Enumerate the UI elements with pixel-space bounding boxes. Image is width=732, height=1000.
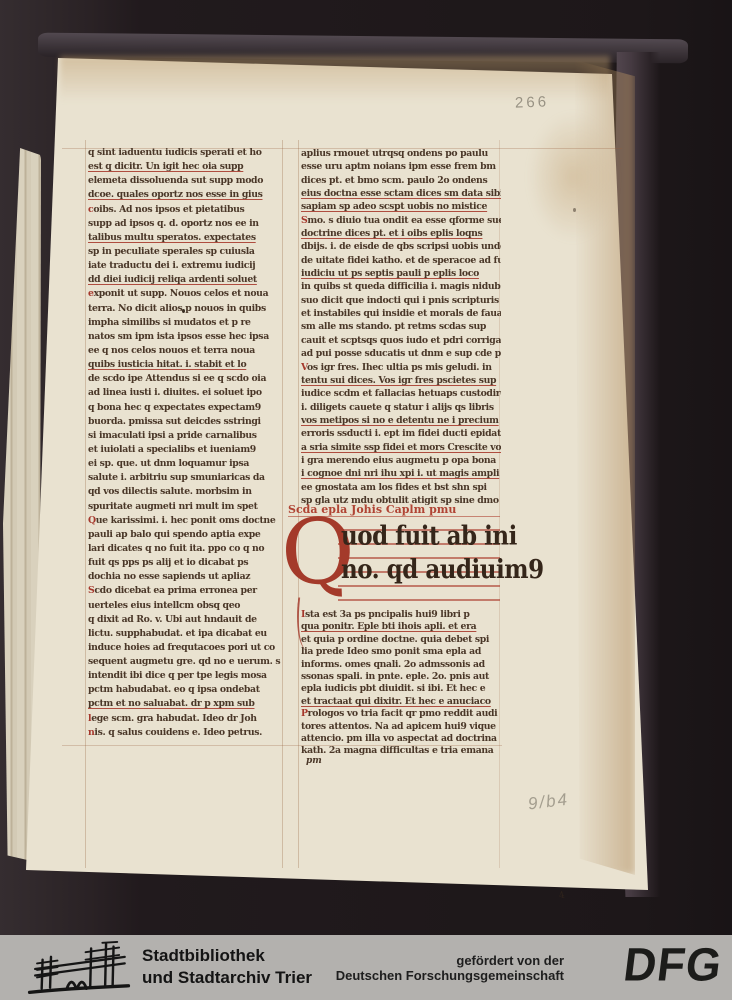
- manuscript-line: buorda. pmissa sut deicdes sstringi: [88, 415, 281, 429]
- manuscript-line: Scdo dicebat ea prima erronea per: [88, 584, 281, 598]
- manuscript-line: intendit ibi dice q per tpe legis mosa: [88, 669, 281, 683]
- manuscript-line: eius doctna esse sctam dices sm data sib…: [301, 187, 501, 200]
- funding-credit: gefördert von der Deutschen Forschungsge…: [336, 954, 564, 983]
- manuscript-line: tentu sui dices. Vos igr fres pscietes s…: [301, 374, 501, 387]
- manuscript-line: et tractaat qui dixitr. Et hec e anuciac…: [301, 696, 501, 708]
- manuscript-line: sapiam sp adeo scspt uobis no mistice: [301, 200, 501, 213]
- manuscript-line: ee q nos celos nouos et terra noua: [88, 344, 281, 358]
- ink-speck: [573, 208, 576, 212]
- library-name-line-1: Stadtbibliothek: [142, 945, 312, 967]
- manuscript-line: lia prede Ideo smo ponit sma epla ad: [301, 646, 501, 658]
- corner-ink-mark: 4: [558, 891, 566, 902]
- manuscript-line: i gra merendo eius augmetu p opa bona: [301, 454, 501, 467]
- manuscript-line: qua ponitr. Eple bti ihois apli. et era: [301, 621, 501, 633]
- manuscript-line: q bona hec q expectates expectam9: [88, 401, 281, 415]
- library-name-line-2: und Stadtarchiv Trier: [142, 967, 312, 989]
- manuscript-line: dcoe. quales oportz nos esse in gius: [88, 188, 281, 202]
- manuscript-line: exponit ut supp. Nouos celos et noua: [88, 287, 281, 301]
- manuscript-line: suo dicit que indocti qui i pnis scriptu…: [301, 294, 501, 307]
- manuscript-line: attencio. pm illa vo aspectat ad doctrin…: [301, 733, 501, 745]
- manuscript-line: lari dicates q no fuit ita. ppo co q no: [88, 542, 281, 556]
- manuscript-line: dices pt. et bmo scm. paulo 2o ondens: [301, 174, 501, 187]
- line-text: ue karissimi. i. hec ponit oms doctne: [96, 515, 276, 526]
- folio-number-pencil: 266: [515, 93, 550, 111]
- manuscript-line: elemeta dissoluenda sut supp modo: [88, 174, 281, 188]
- manuscript-line: quibs iusticia hitat. i. stabit et lo: [88, 358, 281, 372]
- line-text: rologos vo tria facit qr pmo reddit audi: [308, 708, 498, 719]
- line-text: mo. s diuio tua ondit ea esse qforme sue: [307, 215, 501, 226]
- text-column-right-lower: Ista est 3a ps pncipalis hui9 libri pqua…: [301, 609, 501, 758]
- manuscript-line: dd diei iudicij reliqa ardenti soluet: [88, 273, 281, 287]
- line-text: cdo dicebat ea prima erronea per: [94, 585, 256, 596]
- line-text: ege scm. gra habudat. Ideo dr Joh: [91, 713, 256, 724]
- manuscript-line: lictu. supphabudat. et ipa dicabat eu: [88, 627, 281, 641]
- incipit-heading: uod fuit ab ini no. qd audiuim9: [341, 520, 503, 586]
- red-initial-letter: Q: [88, 515, 96, 526]
- manuscript-line: de uitate fidei katho. et de speracoe ad…: [301, 254, 501, 267]
- line-text: sta est 3a ps pncipalis hui9 libri p: [305, 609, 470, 620]
- manuscript-line: nis. q salus couidens e. Ideo petrus.: [88, 726, 281, 740]
- incipit-line-2: no. qd audiuim9: [341, 553, 503, 586]
- manuscript-line: salute i. arbitriu sup smuniaricas da: [88, 471, 281, 485]
- text-column-right-upper: aplius rmouet utrqsq ondens po pauluesse…: [301, 147, 501, 507]
- incipit-line-1: uod fuit ab ini: [341, 520, 503, 553]
- manuscript-line: qd vos dilectis salute. morbsim in: [88, 485, 281, 499]
- manuscript-line: q sint iaduentu iudicis sperati et ho: [88, 146, 281, 160]
- manuscript-line: Que karissimi. i. hec ponit oms doctne: [88, 514, 281, 528]
- manuscript-line: ssonas spali. in pnte. eple. 2o. pnis au…: [301, 671, 501, 683]
- line-text: is. q salus couidens e. Ideo petrus.: [94, 727, 262, 738]
- manuscript-line: esse uru aptm noians ipm esse frem bm: [301, 160, 501, 173]
- manuscript-line: supp ad ipsos q. d. oportz nos ee in: [88, 217, 281, 231]
- line-text: oibs. Ad nos ipsos et pietatibus: [93, 204, 244, 215]
- manuscript-line: q dixit ad Ro. v. Ubi aut hndauit de: [88, 613, 281, 627]
- screenshot-root: 266 q sint iaduentu iudicis sperati et h…: [0, 0, 732, 1000]
- footer-banner: Stadtbibliothek und Stadtarchiv Trier ge…: [0, 935, 732, 1000]
- manuscript-line: epla iudicis pbt diuidit. si ibi. Et hec…: [301, 683, 501, 695]
- manuscript-line: induce hoies ad frequtacoes pori ut co: [88, 641, 281, 655]
- manuscript-line: coibs. Ad nos ipsos et pietatibus: [88, 203, 281, 217]
- manuscript-line: pauli ap balo qui spendo aptia expe: [88, 528, 281, 542]
- manuscript-line: iate traductu dei i. extremu iudicij: [88, 259, 281, 273]
- manuscript-line: et quia p ordine doctne. quia debet spi: [301, 634, 501, 646]
- manuscript-photo: 266 q sint iaduentu iudicis sperati et h…: [0, 0, 732, 935]
- manuscript-line: erroris ssducti i. ept im fidei ducti ep…: [301, 427, 501, 440]
- manuscript-line: i. diligets cauete q statur i alijs qs l…: [301, 401, 501, 414]
- manuscript-line: iudice scdm et fallacias hetuaps custodi…: [301, 387, 501, 400]
- manuscript-line: si imaculati ipsi a pride carnalibus: [88, 429, 281, 443]
- manuscript-line: Smo. s diuio tua ondit ea esse qforme su…: [301, 214, 501, 227]
- manuscript-line: Vos igr fres. Ihec ultia ps mis geludi. …: [301, 361, 501, 374]
- manuscript-line: et instabiles qui insidie et morals de f…: [301, 307, 501, 320]
- manuscript-line: de scdo ipe Attendus si ee q scdo oia: [88, 372, 281, 386]
- manuscript-line: cauit et scptsqs quos iudo et pdri corri…: [301, 334, 501, 347]
- manuscript-line: est q dicitr. Un igit hec oia supp: [88, 160, 281, 174]
- porta-nigra-logo-icon: [24, 941, 134, 997]
- manuscript-line: pctm et no saluabat. dr p xpm sub: [88, 697, 281, 711]
- funding-credit-line-2: Deutschen Forschungsgemeinschaft: [336, 969, 564, 984]
- dfg-logo: DFG: [621, 938, 726, 992]
- manuscript-line: ad pui posse sducatis ut dnm e sup cde p…: [301, 347, 501, 360]
- manuscript-line: ad linea iusti i. diuites. ei soluet ipo: [88, 386, 281, 400]
- manuscript-line: tores attentos. Na ad apicem hui9 vique: [301, 721, 501, 733]
- manuscript-line: dbijs. i. de eisde de qbs scripsi uobis …: [301, 240, 501, 253]
- manuscript-line: sp in peculiate sperales sp cuiusla: [88, 245, 281, 259]
- manuscript-line: dochia no esse sapiends ut apliaz: [88, 570, 281, 584]
- manuscript-line: talibus multu speratos. expectates: [88, 231, 281, 245]
- manuscript-line: ei sp. que. ut dnm loquamur ipsa: [88, 457, 281, 471]
- line-text: os igr fres. Ihec ultia ps mis geludi. i…: [307, 362, 492, 373]
- manuscript-line: lege scm. gra habudat. Ideo dr Joh: [88, 712, 281, 726]
- catchword: pm: [306, 756, 322, 766]
- funding-credit-line-1: gefördert von der: [336, 954, 564, 969]
- line-text: xponit ut supp. Nouos celos et noua: [94, 288, 269, 299]
- manuscript-line: i cognoe dni nri ihu xpi i. ut magis amp…: [301, 467, 501, 480]
- red-initial-letter: P: [301, 708, 308, 719]
- text-column-left: q sint iaduentu iudicis sperati et hoest…: [88, 146, 281, 740]
- page-stain-blob: [528, 112, 618, 242]
- manuscript-line: kath. 2a magna difficultas e tria emana: [301, 745, 501, 757]
- manuscript-line: ee gnostata am los fides et bst shn spi: [301, 481, 501, 494]
- manuscript-line: doctrine dices pt. et i oibs eplis loqns: [301, 227, 501, 240]
- manuscript-line: iudiciu ut ps septis pauli p eplis loco: [301, 267, 501, 280]
- ruling-line-vertical: [85, 140, 86, 868]
- library-name: Stadtbibliothek und Stadtarchiv Trier: [142, 945, 312, 988]
- manuscript-line: uerteles eius intellcm obsq qeo: [88, 599, 281, 613]
- manuscript-line: Ista est 3a ps pncipalis hui9 libri p: [301, 609, 501, 621]
- manuscript-line: terra. No dicit alios p nouos in quibs: [88, 302, 281, 316]
- manuscript-line: in quibs st queda difficilia i. magis ni…: [301, 280, 501, 293]
- manuscript-line: sequent augmetu gre. qd no e uerum. s: [88, 655, 281, 669]
- red-ruling: [338, 599, 500, 601]
- manuscript-line: informs. omes qnali. 2o admssonis ad: [301, 659, 501, 671]
- manuscript-line: fuit qs pps ps alij et io dicabat ps: [88, 556, 281, 570]
- manuscript-line: spuritate augmeti nri mult im spet: [88, 500, 281, 514]
- manuscript-line: Prologos vo tria facit qr pmo reddit aud…: [301, 708, 501, 720]
- manuscript-line: pctm habudabat. eo q ipsa ondebat: [88, 683, 281, 697]
- manuscript-line: impha similibs si mudatos et p re: [88, 316, 281, 330]
- manuscript-line: sm alle ms stando. pt retms scdas sup: [301, 320, 501, 333]
- manuscript-line: vos metipos si no e detentu ne i precium: [301, 414, 501, 427]
- manuscript-line: a sria simite ssp fidei et mors Crescite…: [301, 441, 501, 454]
- manuscript-line: aplius rmouet utrqsq ondens po paulu: [301, 147, 501, 160]
- manuscript-line: et iuiolati a specialibs et iueniam9: [88, 443, 281, 457]
- manuscript-line: natos sm ipm ista ipsos esse hec ipsa: [88, 330, 281, 344]
